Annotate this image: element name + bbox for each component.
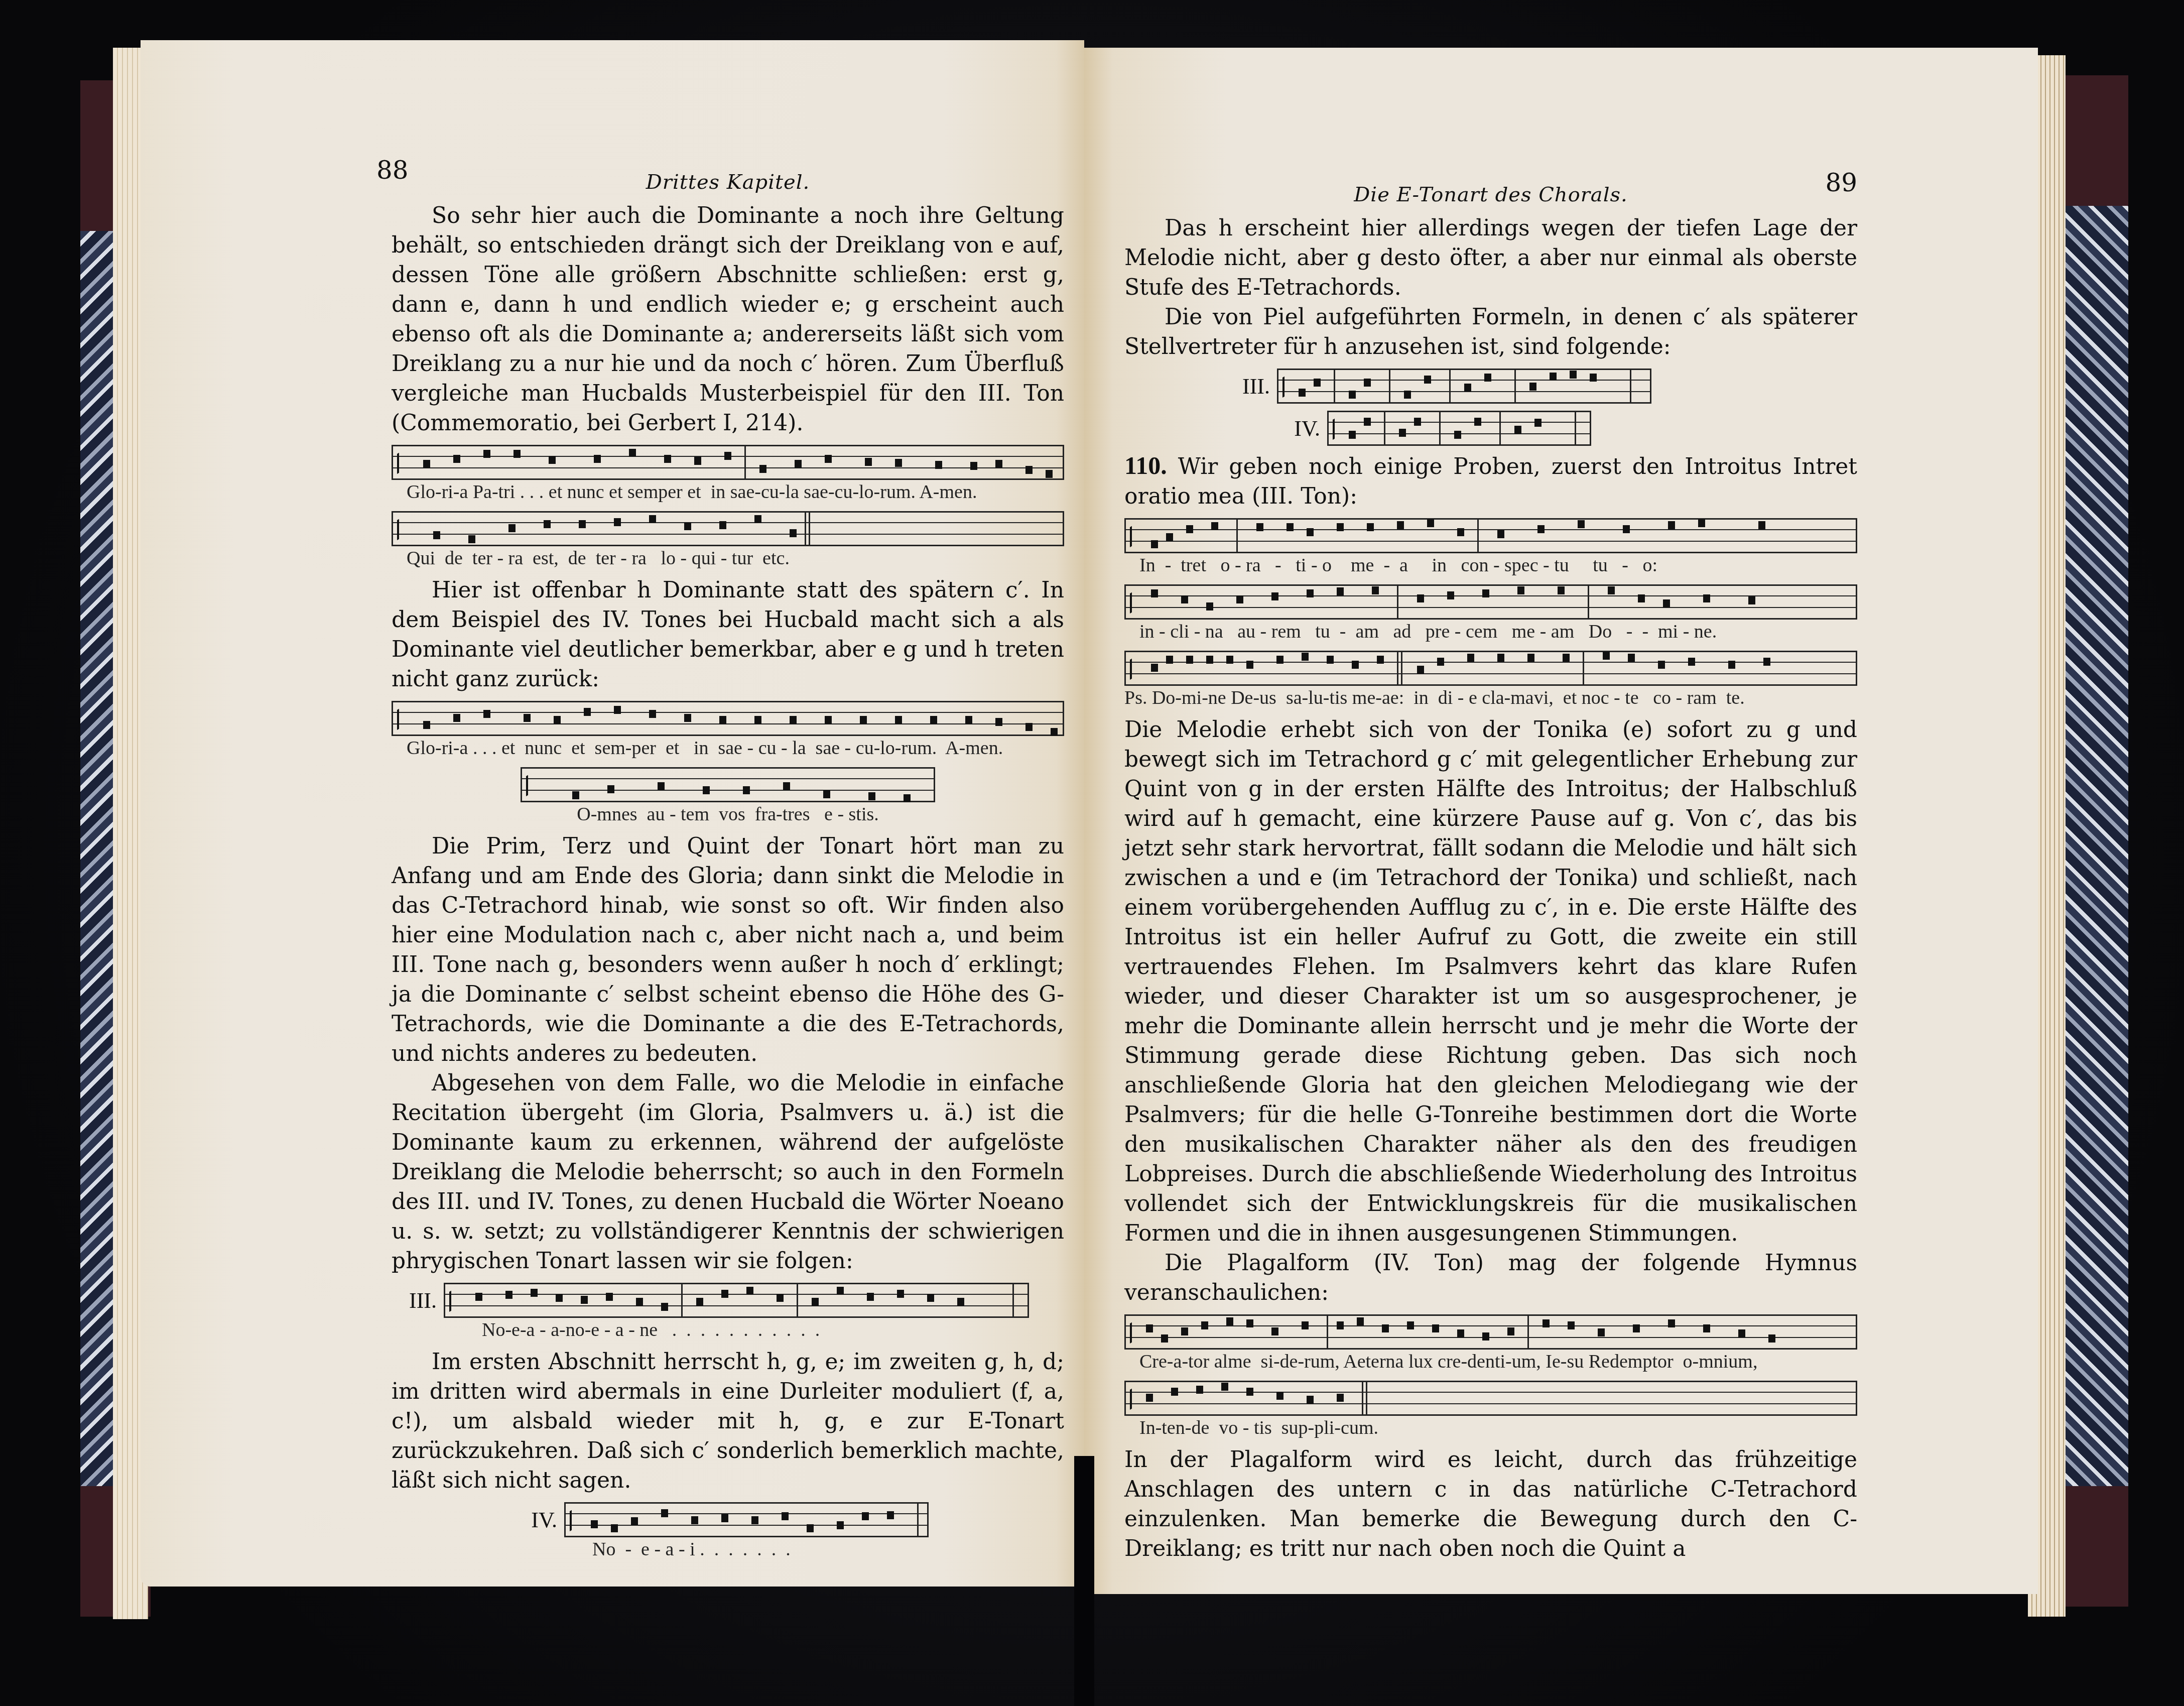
bar-line bbox=[1012, 1283, 1014, 1318]
neume-note bbox=[703, 786, 710, 794]
neume-note bbox=[930, 716, 937, 724]
chant-lyrics: Qui de ter - ra est, de ter - ra lo - qu… bbox=[392, 546, 1064, 570]
chant-lyrics: Cre-a-tor alme si-de-rum, Aeterna lux cr… bbox=[1124, 1350, 1857, 1374]
neume-note bbox=[1046, 470, 1053, 478]
neume-note bbox=[1151, 664, 1158, 672]
neume-note bbox=[649, 710, 656, 718]
neume-note bbox=[433, 531, 440, 539]
neume-note bbox=[1638, 594, 1645, 602]
neume-note bbox=[658, 782, 665, 790]
neume-note bbox=[1590, 374, 1597, 382]
neume-note bbox=[1728, 661, 1735, 669]
neume-note bbox=[1658, 661, 1665, 669]
neume-note bbox=[1482, 589, 1489, 597]
clef-icon bbox=[449, 1288, 456, 1312]
bar-line bbox=[1401, 651, 1402, 686]
neume-note bbox=[1623, 525, 1630, 533]
music-staff bbox=[1124, 1314, 1857, 1350]
neume-note bbox=[606, 1293, 613, 1301]
neume-note bbox=[1211, 522, 1218, 530]
paragraph-text: Wir geben noch einige Proben, zuerst den… bbox=[1124, 454, 1857, 509]
neume-note bbox=[1337, 1321, 1344, 1329]
neume-note bbox=[1464, 384, 1471, 392]
neume-note bbox=[1703, 1324, 1710, 1332]
neume-note bbox=[1186, 525, 1193, 533]
neume-note bbox=[508, 524, 516, 532]
neume-note bbox=[746, 1287, 753, 1295]
neume-note bbox=[1357, 1317, 1364, 1325]
neume-note bbox=[696, 1298, 703, 1306]
bar-line bbox=[1449, 369, 1451, 404]
neume-note bbox=[1543, 1319, 1550, 1327]
neume-note bbox=[825, 455, 832, 463]
neume-note bbox=[1668, 521, 1675, 529]
neume-note bbox=[614, 706, 621, 714]
chant-formula-iv: IV. No - e - bbox=[392, 1502, 1064, 1561]
neume-note bbox=[1703, 594, 1710, 602]
paragraph: Hier ist offenbar h Dominante statt des … bbox=[392, 575, 1064, 694]
neume-note bbox=[611, 1524, 618, 1532]
bar-line bbox=[1499, 411, 1501, 446]
neume-note bbox=[1314, 379, 1321, 387]
neume-note bbox=[751, 1516, 758, 1524]
neume-note bbox=[661, 1509, 668, 1517]
music-staff bbox=[444, 1283, 1029, 1318]
bar-line bbox=[1384, 411, 1385, 446]
neume-note bbox=[694, 457, 701, 465]
neume-note bbox=[1454, 431, 1461, 439]
neume-note bbox=[1482, 1332, 1489, 1341]
neume-note bbox=[790, 529, 797, 537]
neume-note bbox=[724, 452, 731, 460]
clef-icon bbox=[1130, 1319, 1137, 1344]
neume-note bbox=[1151, 540, 1158, 548]
bar-line bbox=[1334, 369, 1335, 404]
music-staff bbox=[1124, 584, 1857, 620]
neume-note bbox=[1221, 1383, 1228, 1391]
neume-note bbox=[423, 460, 430, 468]
section-number: 110. bbox=[1124, 451, 1167, 479]
chant-lyrics: In-ten-de vo - tis sup-pli-cum. bbox=[1124, 1416, 1857, 1440]
neume-note bbox=[556, 1294, 563, 1302]
clef-icon bbox=[1333, 416, 1340, 440]
neume-note bbox=[743, 786, 750, 794]
neume-note bbox=[754, 515, 761, 523]
music-staff bbox=[521, 767, 935, 802]
neume-note bbox=[1186, 656, 1193, 664]
bar-line bbox=[1583, 651, 1584, 686]
left-page: 88 Drittes Kapitel. So sehr hier auch di… bbox=[141, 40, 1084, 1587]
neume-note bbox=[1608, 586, 1615, 594]
neume-note bbox=[1497, 654, 1504, 662]
neume-note bbox=[636, 1298, 643, 1306]
neume-note bbox=[1399, 429, 1406, 437]
bar-line bbox=[1477, 518, 1479, 553]
clef-icon bbox=[1130, 589, 1137, 614]
neume-note bbox=[1256, 523, 1263, 531]
bar-line bbox=[1366, 1381, 1367, 1416]
neume-note bbox=[684, 522, 691, 530]
chant-example: O-mnes au - tem vos fra-tres e - stis. bbox=[392, 767, 1064, 826]
neume-note bbox=[1768, 1334, 1775, 1343]
neume-note bbox=[1025, 723, 1033, 731]
chapter-title: Die E-Tonart des Chorals. bbox=[1124, 183, 1857, 206]
neume-note bbox=[1457, 528, 1464, 536]
neume-note bbox=[1417, 594, 1424, 602]
neume-note bbox=[1603, 652, 1610, 660]
neume-note bbox=[1537, 525, 1545, 533]
neume-note bbox=[1404, 391, 1411, 399]
neume-note bbox=[1181, 1327, 1188, 1335]
chant-example: Glo-ri-a Pa-tri . . . et nunc et semper … bbox=[392, 445, 1064, 504]
bar-line bbox=[1575, 411, 1576, 446]
neume-note bbox=[904, 794, 911, 802]
neume-note bbox=[887, 1511, 894, 1519]
neume-note bbox=[1181, 595, 1188, 603]
neume-note bbox=[1474, 418, 1481, 426]
neume-note bbox=[1349, 431, 1356, 439]
neume-note bbox=[719, 521, 726, 529]
neume-note bbox=[1668, 1319, 1675, 1327]
neume-note bbox=[823, 790, 830, 798]
staff-row: IV. bbox=[1275, 411, 1857, 446]
clef-icon bbox=[526, 772, 533, 796]
paragraph: Die Melodie erhebt sich von der Tonika (… bbox=[1124, 715, 1857, 1248]
neume-note bbox=[1337, 587, 1344, 595]
neume-note bbox=[759, 465, 766, 473]
neume-note bbox=[897, 1290, 904, 1298]
music-staff bbox=[1277, 369, 1651, 404]
neume-note bbox=[1457, 1329, 1464, 1337]
hymn-example: In-ten-de vo - tis sup-pli-cum. bbox=[1124, 1381, 1857, 1440]
running-head: Die E-Tonart des Chorals. 89 bbox=[1124, 168, 1857, 213]
neume-note bbox=[1497, 530, 1504, 538]
neume-note bbox=[1397, 521, 1404, 529]
neume-note bbox=[1364, 379, 1371, 387]
neume-note bbox=[1271, 592, 1278, 600]
neume-note bbox=[1226, 1317, 1233, 1325]
neume-note bbox=[631, 1517, 638, 1525]
music-staff bbox=[1124, 651, 1857, 686]
tone-label: IV. bbox=[512, 1507, 564, 1533]
paragraph: So sehr hier auch die Dominante a noch i… bbox=[392, 201, 1064, 438]
bar-line bbox=[1327, 1314, 1328, 1350]
staff-row: III. bbox=[1225, 369, 1857, 404]
neume-note bbox=[1201, 1321, 1208, 1329]
neume-note bbox=[1226, 656, 1233, 664]
neume-note bbox=[684, 714, 691, 722]
neume-note bbox=[1628, 654, 1635, 662]
neume-note bbox=[1570, 371, 1577, 379]
neume-note bbox=[862, 1512, 869, 1520]
neume-note bbox=[579, 520, 586, 528]
neume-note bbox=[721, 1514, 728, 1522]
neume-note bbox=[664, 455, 671, 463]
neume-note bbox=[1327, 656, 1334, 664]
neume-note bbox=[1171, 1388, 1178, 1396]
bar-line bbox=[1389, 369, 1390, 404]
clef-icon bbox=[1130, 656, 1137, 680]
chant-lyrics: O-mnes au - tem vos fra-tres e - stis. bbox=[577, 802, 879, 826]
neume-note bbox=[790, 716, 797, 724]
neume-note bbox=[1484, 374, 1491, 382]
neume-note bbox=[995, 460, 1002, 468]
neume-note bbox=[1407, 1321, 1414, 1329]
neume-note bbox=[1578, 520, 1585, 528]
neume-note bbox=[1417, 666, 1424, 674]
neume-note bbox=[1414, 418, 1421, 426]
neume-note bbox=[423, 721, 430, 729]
neume-note bbox=[1563, 654, 1570, 662]
neume-note bbox=[825, 716, 832, 724]
music-staff bbox=[1124, 1381, 1857, 1416]
neume-note bbox=[584, 708, 591, 716]
neume-note bbox=[1688, 658, 1695, 666]
bar-line bbox=[744, 445, 746, 480]
paragraph-110: 110. Wir geben noch einige Proben, zuers… bbox=[1124, 451, 1857, 511]
neume-note bbox=[1424, 376, 1431, 384]
paragraph: Die von Piel aufgeführten Formeln, in de… bbox=[1124, 302, 1857, 361]
neume-note bbox=[1166, 533, 1173, 541]
neume-note bbox=[1352, 661, 1359, 669]
neume-note bbox=[777, 1294, 784, 1302]
neume-note bbox=[572, 791, 579, 799]
chant-example: in - cli - na au - rem tu - am ad pre - … bbox=[1124, 584, 1857, 644]
neume-note bbox=[860, 716, 867, 724]
neume-note bbox=[895, 459, 902, 467]
chant-lyrics: Glo-ri-a . . . et nunc et sem-per et in … bbox=[392, 736, 1064, 760]
marbled-board bbox=[2063, 206, 2128, 1486]
chant-lyrics: in - cli - na au - rem tu - am ad pre - … bbox=[1124, 620, 1857, 644]
bar-line bbox=[1397, 584, 1398, 620]
right-page: Die E-Tonart des Chorals. 89 Das h ersch… bbox=[1084, 48, 2038, 1594]
neume-note bbox=[1534, 419, 1541, 427]
chant-lyrics: Ps. Do-mi-ne De-us sa-lu-tis me-ae: in d… bbox=[1124, 686, 1857, 710]
neume-note bbox=[1025, 466, 1033, 474]
chant-lyrics: No-e-a - a-no-e - a - ne . . . . . . . .… bbox=[392, 1318, 1064, 1342]
neume-note bbox=[1514, 426, 1521, 434]
neume-note bbox=[1246, 1319, 1253, 1327]
neume-note bbox=[1146, 1324, 1153, 1332]
staff-row: III. bbox=[392, 1283, 1064, 1318]
neume-note bbox=[1307, 1396, 1314, 1404]
bar-line bbox=[1527, 1314, 1529, 1350]
neume-note bbox=[1382, 1324, 1389, 1332]
bar-line bbox=[1588, 584, 1589, 620]
clef-icon bbox=[570, 1507, 577, 1531]
paragraph: Im ersten Abschnitt herrscht h, g, e; im… bbox=[392, 1347, 1064, 1495]
neume-note bbox=[1276, 1392, 1283, 1400]
neume-note bbox=[581, 1296, 588, 1304]
neume-note bbox=[970, 462, 977, 470]
neume-note bbox=[837, 1521, 844, 1529]
chant-lyrics: In - tret o - ra - ti - o me - a in con … bbox=[1124, 553, 1857, 577]
neume-note bbox=[531, 1289, 538, 1297]
neume-note bbox=[935, 461, 942, 469]
music-staff bbox=[392, 445, 1064, 480]
chant-example-psalm: Ps. Do-mi-ne De-us sa-lu-tis me-ae: in d… bbox=[1124, 651, 1857, 710]
neume-note bbox=[1507, 1327, 1514, 1335]
neume-note bbox=[629, 449, 636, 457]
neume-note bbox=[837, 1287, 844, 1295]
paragraph: Die Plagalform (IV. Ton) mag der folgend… bbox=[1124, 1248, 1857, 1307]
neume-note bbox=[1302, 1321, 1309, 1329]
neume-note bbox=[1427, 519, 1434, 527]
neume-note bbox=[1550, 373, 1557, 381]
bar-line bbox=[917, 1502, 919, 1537]
neume-note bbox=[1527, 654, 1534, 662]
neume-note bbox=[1337, 523, 1344, 531]
chant-example: Glo-ri-a . . . et nunc et sem-per et in … bbox=[392, 701, 1064, 760]
bar-line bbox=[1397, 651, 1398, 686]
neume-note bbox=[1349, 391, 1356, 399]
neume-note bbox=[807, 1524, 814, 1532]
clef-icon bbox=[1130, 523, 1137, 547]
bar-line bbox=[1236, 518, 1238, 553]
chant-lyrics: Glo-ri-a Pa-tri . . . et nunc et semper … bbox=[392, 480, 1064, 504]
neume-note bbox=[783, 782, 790, 790]
neume-note bbox=[1558, 586, 1565, 594]
clef-icon bbox=[1130, 1386, 1137, 1410]
bar-line bbox=[1630, 369, 1631, 404]
staff-row: IV. bbox=[512, 1502, 1064, 1537]
neume-note bbox=[865, 458, 872, 466]
paragraph: Die Prim, Terz und Quint der Tonart hört… bbox=[392, 831, 1064, 1068]
neume-note bbox=[721, 1290, 728, 1298]
neume-note bbox=[1372, 586, 1379, 594]
neume-note bbox=[1337, 1394, 1344, 1402]
neume-note bbox=[782, 1512, 789, 1520]
neume-note bbox=[1698, 519, 1705, 527]
neume-note bbox=[544, 520, 551, 528]
neume-note bbox=[1146, 1394, 1153, 1402]
neume-note bbox=[1367, 523, 1374, 531]
neume-note bbox=[1377, 656, 1384, 664]
neume-note bbox=[1206, 656, 1213, 664]
music-staff bbox=[1327, 411, 1591, 446]
neume-note bbox=[1302, 653, 1309, 661]
neume-note bbox=[1633, 1324, 1640, 1332]
neume-note bbox=[1517, 586, 1524, 594]
gutter-shadow bbox=[1074, 1456, 1094, 1706]
neume-note bbox=[927, 1294, 934, 1302]
neume-note bbox=[1271, 1327, 1278, 1335]
neume-note bbox=[614, 518, 621, 526]
neume-note bbox=[1246, 1388, 1253, 1396]
neume-note bbox=[1151, 589, 1158, 597]
neume-note bbox=[691, 1516, 698, 1524]
formula-iii: III. bbox=[1124, 369, 1857, 404]
neume-note bbox=[661, 1303, 668, 1311]
neume-note bbox=[549, 456, 556, 464]
bar-line bbox=[1439, 411, 1441, 446]
neume-note bbox=[594, 455, 601, 463]
music-staff bbox=[392, 511, 1064, 546]
neume-note bbox=[1364, 418, 1371, 426]
neume-note bbox=[1568, 1321, 1575, 1329]
tone-label: III. bbox=[392, 1288, 444, 1313]
neume-note bbox=[965, 716, 972, 724]
clef-icon bbox=[1282, 374, 1290, 398]
neume-note bbox=[895, 716, 902, 724]
chant-formula-iii: III. bbox=[392, 1283, 1064, 1342]
left-page-content: 88 Drittes Kapitel. So sehr hier auch di… bbox=[392, 156, 1064, 1566]
clef-icon bbox=[397, 516, 404, 540]
neume-note bbox=[1598, 1328, 1605, 1336]
neume-note bbox=[868, 792, 875, 800]
neume-note bbox=[554, 716, 561, 724]
paragraph: In der Plagalform wird es leicht, durch … bbox=[1124, 1445, 1857, 1563]
right-page-content: Die E-Tonart des Chorals. 89 Das h ersch… bbox=[1124, 168, 1857, 1563]
neume-note bbox=[1196, 1386, 1203, 1394]
bar-line bbox=[809, 511, 810, 546]
chant-example: In - tret o - ra - ti - o me - a in con … bbox=[1124, 518, 1857, 577]
chant-lyrics: No - e - a - i . . . . . . . bbox=[512, 1537, 1064, 1561]
paragraph: Das h erscheint hier allerdings wegen de… bbox=[1124, 213, 1857, 302]
neume-note bbox=[1051, 728, 1058, 736]
neume-note bbox=[475, 1293, 482, 1301]
neume-note bbox=[1432, 1324, 1439, 1332]
neume-note bbox=[524, 714, 531, 722]
neume-note bbox=[754, 716, 761, 724]
clef-icon bbox=[397, 706, 404, 730]
neume-note bbox=[867, 1293, 874, 1301]
neume-note bbox=[1437, 658, 1444, 666]
bar-line bbox=[797, 1283, 798, 1318]
neume-note bbox=[1246, 661, 1253, 669]
neume-note bbox=[1206, 602, 1213, 611]
neume-note bbox=[1307, 589, 1314, 597]
neume-note bbox=[591, 1520, 598, 1528]
music-staff bbox=[564, 1502, 929, 1537]
music-staff bbox=[392, 701, 1064, 736]
neume-note bbox=[468, 535, 475, 543]
neume-note bbox=[795, 460, 802, 468]
tone-label: IV. bbox=[1275, 416, 1327, 441]
neume-note bbox=[1287, 523, 1294, 531]
neume-note bbox=[1663, 599, 1670, 607]
bar-line bbox=[805, 511, 806, 546]
book-cover-right bbox=[2063, 75, 2128, 1607]
neume-note bbox=[995, 718, 1002, 726]
neume-note bbox=[1467, 654, 1474, 662]
neume-note bbox=[1236, 595, 1243, 603]
neume-note bbox=[1161, 1334, 1168, 1343]
chapter-title: Drittes Kapitel. bbox=[392, 171, 1064, 194]
neume-note bbox=[483, 710, 490, 718]
neume-note bbox=[483, 450, 490, 458]
neume-note bbox=[1748, 596, 1755, 604]
neume-note bbox=[1166, 656, 1173, 664]
neume-note bbox=[1299, 389, 1306, 397]
neume-note bbox=[812, 1298, 819, 1306]
neume-note bbox=[1276, 656, 1283, 664]
neume-note bbox=[719, 716, 726, 724]
music-staff bbox=[1124, 518, 1857, 553]
neume-note bbox=[1307, 528, 1314, 536]
bar-line bbox=[1514, 369, 1516, 404]
neume-note bbox=[453, 455, 460, 463]
neume-note bbox=[1763, 658, 1770, 666]
paragraph: Abgesehen von dem Falle, wo die Melodie … bbox=[392, 1068, 1064, 1276]
neume-note bbox=[513, 450, 521, 458]
neume-note bbox=[453, 714, 460, 722]
formula-iv: IV. bbox=[1124, 411, 1857, 446]
running-head: 88 Drittes Kapitel. bbox=[392, 156, 1064, 201]
neume-note bbox=[1738, 1329, 1745, 1337]
neume-note bbox=[1529, 383, 1536, 391]
chant-example: Qui de ter - ra est, de ter - ra lo - qu… bbox=[392, 511, 1064, 570]
